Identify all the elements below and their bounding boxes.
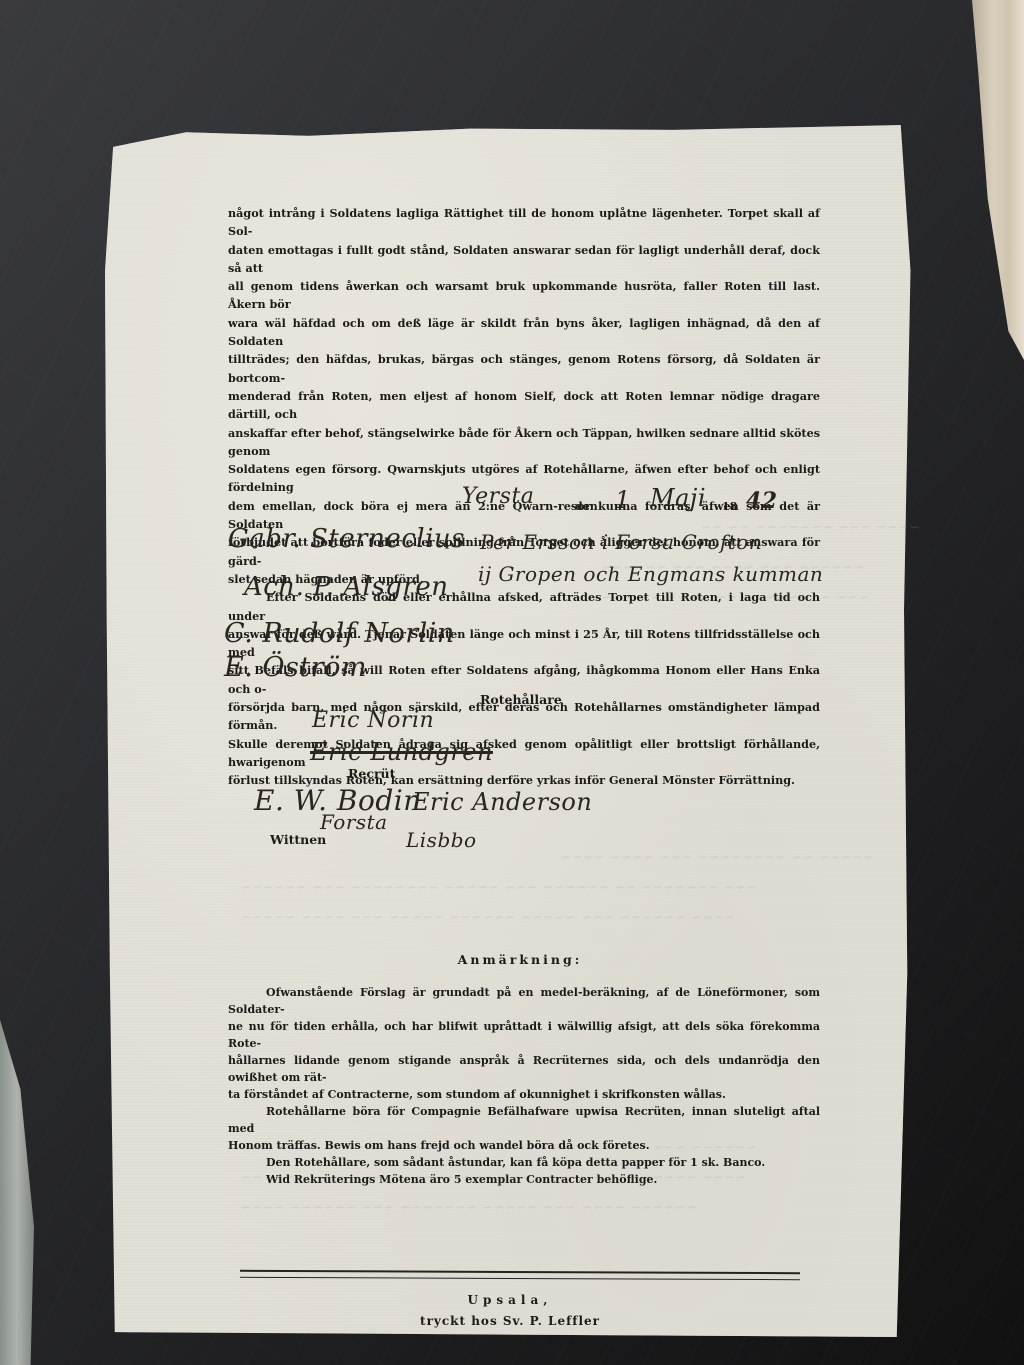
text-line: all genom tidens åwerkan och warsamt bru…	[228, 277, 820, 314]
show-through-text: ~~~~~ ~~ ~~~~~~~~ ~~~ ~~~~ ~~~~	[560, 850, 873, 864]
signature-right-1: Per Ersson i Forsa Crofton	[480, 530, 762, 554]
anmarkning-title: Anmärkning:	[220, 952, 820, 967]
imprint-city: Upsala,	[230, 1293, 790, 1307]
text-line: tillträdes; den häfdas, brukas, bärgas o…	[228, 350, 820, 387]
rotehallare-label: Rotehållare	[480, 692, 562, 707]
text-line: wara wäl häfdad och om deß läge är skild…	[228, 314, 820, 351]
date-den-label: den	[575, 500, 598, 513]
signature-officer-4: E. Öström	[224, 652, 367, 683]
imprint-year: 1835.	[230, 1336, 790, 1350]
handwritten-place: Yersta	[462, 484, 534, 509]
text-line: anskaffar efter behof, stängselwirke båd…	[228, 424, 820, 461]
text-line: menderad från Roten, men eljest af honom…	[228, 387, 820, 424]
signature-officer-1: Gabr. Sterneclius	[228, 524, 465, 554]
signature-officer-3: C. Rudolf Norlin	[224, 618, 455, 649]
rotehallare-signature: Eric Norin	[312, 708, 434, 733]
show-through-text: ~~~~ ~~~~~~ ~~~ ~~~~~ ~~~~~~ ~~~~~ ~~~ ~…	[240, 910, 735, 924]
handwritten-month: Maji	[650, 484, 706, 512]
show-through-text: ~~~ ~~~~~~~ ~~ ~~~~~~ ~~~ ~~~~~ ~~~~~~~~…	[240, 880, 757, 894]
handwritten-year-suffix: 42	[746, 488, 778, 514]
witness-signature-1: Eric Anderson	[412, 788, 592, 816]
imprint-printer: tryckt hos Sv. P. Leffler	[230, 1314, 790, 1328]
show-through-text: ~~~~~~ ~~~~ ~~~ ~~~~~ ~~~~~~~ ~~~ ~~~~~~…	[240, 1200, 696, 1214]
text-line: något intrång i Soldatens lagliga Rättig…	[228, 204, 820, 241]
text-line: Honom träffas. Bewis om hans frejd och w…	[228, 1137, 820, 1154]
text-line: hållarnes lidande genom stigande anspråk…	[228, 1052, 820, 1086]
text-line: ta förståndet af Contracterne, som stund…	[228, 1086, 820, 1103]
text-line: Ofwanstående Förslag är grundadt på en m…	[228, 984, 820, 1018]
text-line: Wid Rekrüterings Mötena äro 5 exemplar C…	[228, 1171, 820, 1188]
text-line: Rotehållarne böra för Compagnie Befälhaf…	[228, 1103, 820, 1137]
text-line: Den Rotehållare, som sådant åstundar, ka…	[228, 1154, 820, 1171]
printed-year-prefix: 18	[722, 500, 737, 513]
witness-signature-2: Forsta	[320, 810, 388, 834]
signature-officer-2: Ach. P. Alsgren	[244, 572, 449, 602]
struck-signature: Eric Lundgren	[310, 738, 493, 766]
wittnen-label: Wittnen	[270, 832, 326, 847]
text-line: daten emottagas i fullt godt stånd, Sold…	[228, 241, 820, 278]
recrut-label: Recrüt	[348, 766, 395, 781]
anmarkning-paragraph: Ofwanstående Förslag är grundadt på en m…	[228, 984, 820, 1188]
handwritten-day: 1	[615, 486, 631, 514]
signature-right-2: ij Gropen och Engmans kumman	[478, 562, 823, 586]
witness-signature-3: Lisbbo	[406, 828, 477, 852]
text-line: ne nu för tiden erhålla, och har blifwit…	[228, 1018, 820, 1052]
